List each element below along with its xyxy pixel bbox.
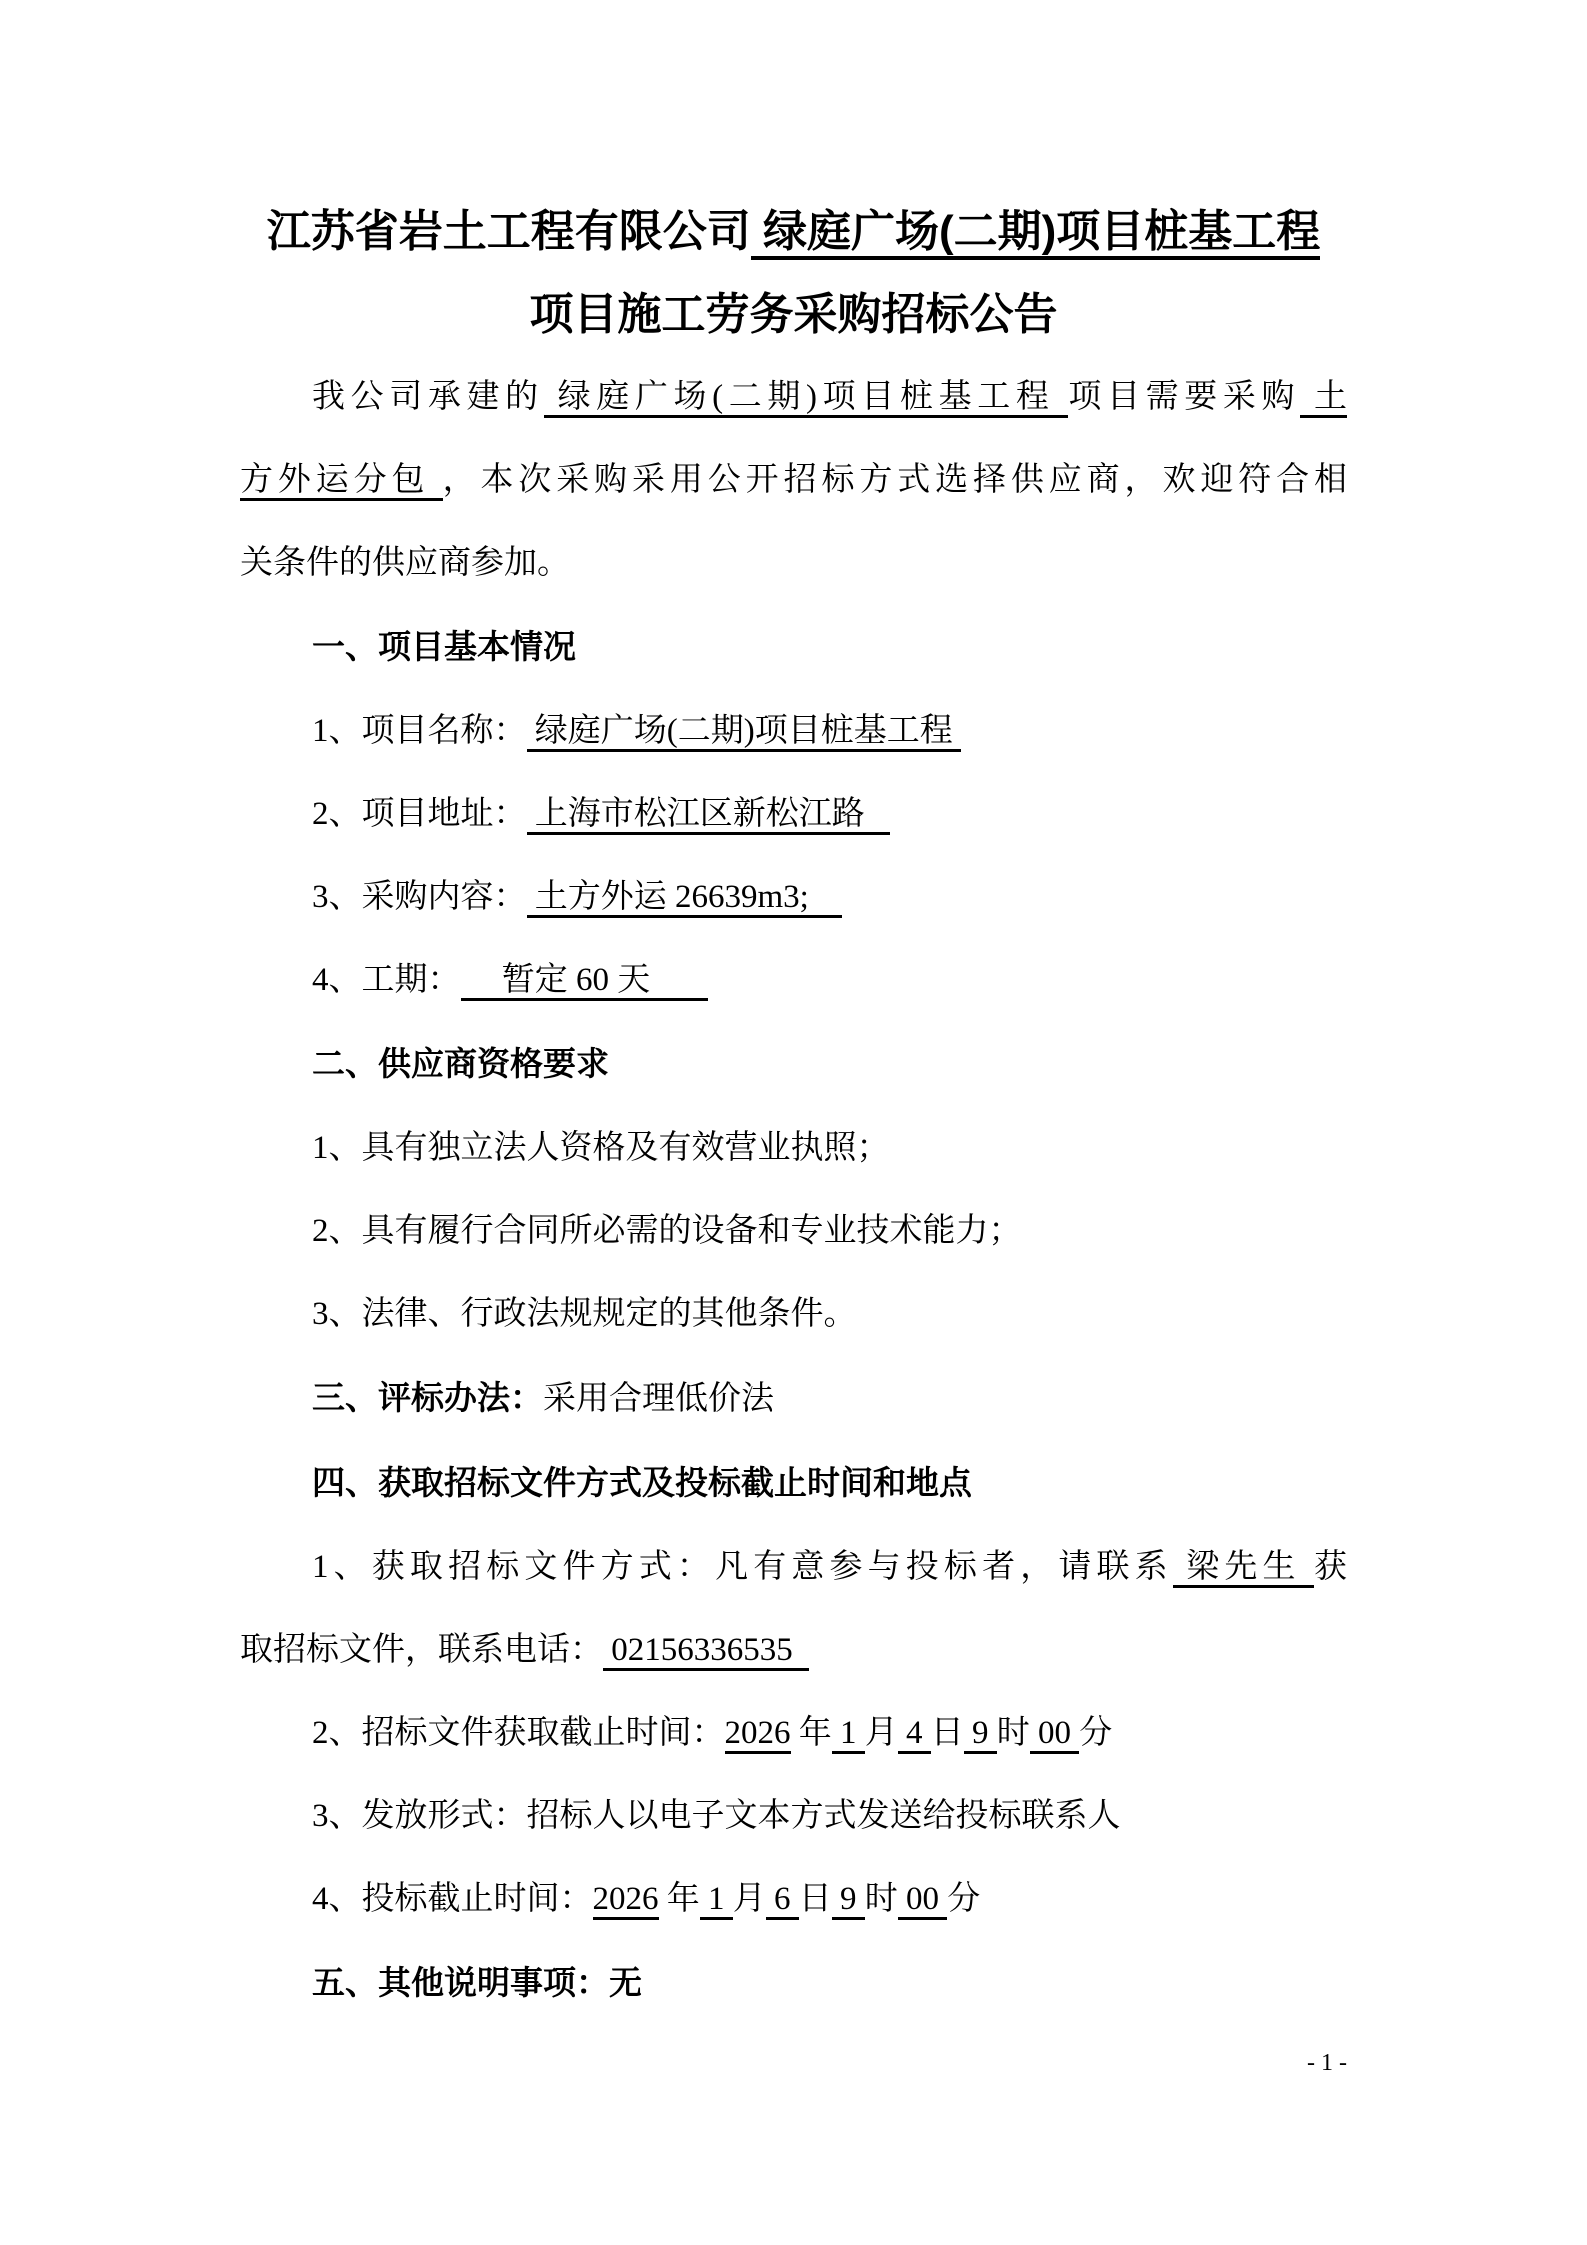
text-run: 6	[766, 1881, 799, 1920]
text-run: 4、投标截止时间：	[312, 1881, 593, 1917]
text-run: 取招标文件，联系电话：	[240, 1632, 603, 1668]
text-run: 二、供应商资格要求	[312, 1045, 609, 1082]
doc-line: 五、其他说明事项：无	[240, 1941, 1347, 2026]
doc-line: 方外运分包 ，本次采购采用公开招标方式选择供应商，欢迎符合相	[240, 439, 1347, 522]
text-run: 9	[832, 1881, 865, 1920]
text-run: 时	[997, 1715, 1030, 1751]
text-run: 分	[1079, 1715, 1112, 1751]
doc-line: 1、获取招标文件方式：凡有意参与投标者，请联系 梁先生 获	[240, 1526, 1347, 1609]
text-run: 我公司承建的	[312, 379, 544, 415]
text-run: 项目需要采购	[1068, 379, 1300, 415]
text-run: 上海市松江区新松江路	[527, 796, 890, 835]
doc-line: 一、项目基本情况	[240, 605, 1347, 690]
document-title-line: 项目施工劳务采购招标公告	[240, 273, 1347, 356]
doc-line: 二、供应商资格要求	[240, 1022, 1347, 1107]
doc-line: 4、投标截止时间：2026 年 1 月 6 日 9 时 00 分	[240, 1858, 1347, 1941]
page-number: - 1 -	[1307, 2043, 1347, 2083]
text-run: 三、评标办法：	[312, 1379, 543, 1416]
text-run: 绿庭广场(二期)项目桩基工程	[751, 207, 1321, 260]
text-run: 绿庭广场(二期)项目桩基工程	[544, 379, 1069, 418]
text-run: 00	[898, 1881, 948, 1920]
doc-line: 1、项目名称： 绿庭广场(二期)项目桩基工程	[240, 690, 1347, 773]
text-run: 无	[609, 1964, 642, 2001]
doc-line: 1、具有独立法人资格及有效营业执照；	[240, 1107, 1347, 1190]
text-run: 一、项目基本情况	[312, 628, 576, 665]
doc-line: 关条件的供应商参加。	[240, 522, 1347, 605]
document-page: 江苏省岩土工程有限公司 绿庭广场(二期)项目桩基工程项目施工劳务采购招标公告我公…	[0, 0, 1587, 2245]
doc-line: 2、项目地址： 上海市松江区新松江路	[240, 773, 1347, 856]
text-run: 江苏省岩土工程有限公司	[267, 207, 751, 256]
doc-line: 三、评标办法：采用合理低价法	[240, 1356, 1347, 1441]
text-run: 分	[947, 1881, 980, 1917]
doc-line: 取招标文件，联系电话： 02156336535	[240, 1609, 1347, 1692]
text-run: 1	[832, 1715, 865, 1754]
text-run: 00	[1030, 1715, 1080, 1754]
text-run: 2、项目地址：	[312, 796, 527, 832]
text-run: 暂定 60 天	[461, 962, 709, 1001]
text-run: 2026	[593, 1881, 659, 1920]
text-run: 土	[1300, 379, 1347, 418]
text-run: 日	[931, 1715, 964, 1751]
document-title-line: 江苏省岩土工程有限公司 绿庭广场(二期)项目桩基工程	[240, 190, 1347, 273]
text-run: 月	[733, 1881, 766, 1917]
text-run: 2、招标文件获取截止时间：	[312, 1715, 725, 1751]
doc-line: 3、发放形式：招标人以电子文本方式发送给投标联系人	[240, 1775, 1347, 1858]
text-run: 采用合理低价法	[543, 1381, 774, 1417]
text-run: 年	[659, 1881, 700, 1917]
text-run: 9	[964, 1715, 997, 1754]
text-run: 2、具有履行合同所必需的设备和专业技术能力；	[312, 1213, 1022, 1249]
text-run: 年	[791, 1715, 832, 1751]
text-run: 1	[700, 1881, 733, 1920]
text-run: 1、具有独立法人资格及有效营业执照；	[312, 1130, 890, 1166]
text-run: 2026	[725, 1715, 791, 1754]
text-run: 1、获取招标文件方式：凡有意参与投标者，请联系	[312, 1549, 1173, 1585]
text-run: 土方外运 26639m3;	[527, 879, 842, 918]
text-run: 获	[1314, 1549, 1347, 1585]
text-run: 1、项目名称：	[312, 713, 527, 749]
text-run: 五、其他说明事项：	[312, 1964, 609, 2001]
text-run: 方外运分包	[240, 462, 443, 501]
text-run: ，本次采购采用公开招标方式选择供应商，欢迎符合相	[443, 462, 1347, 498]
doc-line: 3、采购内容： 土方外运 26639m3;	[240, 856, 1347, 939]
doc-line: 4、工期： 暂定 60 天	[240, 939, 1347, 1022]
text-run: 月	[865, 1715, 898, 1751]
doc-line: 2、具有履行合同所必需的设备和专业技术能力；	[240, 1190, 1347, 1273]
text-run: 4、工期：	[312, 962, 461, 998]
text-run: 日	[799, 1881, 832, 1917]
doc-lines: 江苏省岩土工程有限公司 绿庭广场(二期)项目桩基工程项目施工劳务采购招标公告我公…	[240, 190, 1347, 2026]
text-run: 3、采购内容：	[312, 879, 527, 915]
doc-line: 我公司承建的 绿庭广场(二期)项目桩基工程 项目需要采购 土	[240, 356, 1347, 439]
doc-line: 2、招标文件获取截止时间：2026 年 1 月 4 日 9 时 00 分	[240, 1692, 1347, 1775]
text-run: 关条件的供应商参加。	[240, 545, 570, 581]
doc-line: 3、法律、行政法规规定的其他条件。	[240, 1273, 1347, 1356]
text-run: 3、法律、行政法规规定的其他条件。	[312, 1296, 857, 1332]
text-run: 绿庭广场(二期)项目桩基工程	[527, 713, 961, 752]
text-run: 梁先生	[1173, 1549, 1314, 1588]
text-run: 4	[898, 1715, 931, 1754]
text-run: 项目施工劳务采购招标公告	[530, 290, 1058, 339]
text-run: 时	[865, 1881, 898, 1917]
text-run: 3、发放形式：招标人以电子文本方式发送给投标联系人	[312, 1798, 1121, 1834]
text-run: 四、获取招标文件方式及投标截止时间和地点	[312, 1464, 972, 1501]
doc-line: 四、获取招标文件方式及投标截止时间和地点	[240, 1441, 1347, 1526]
text-run: 02156336535	[603, 1632, 809, 1671]
